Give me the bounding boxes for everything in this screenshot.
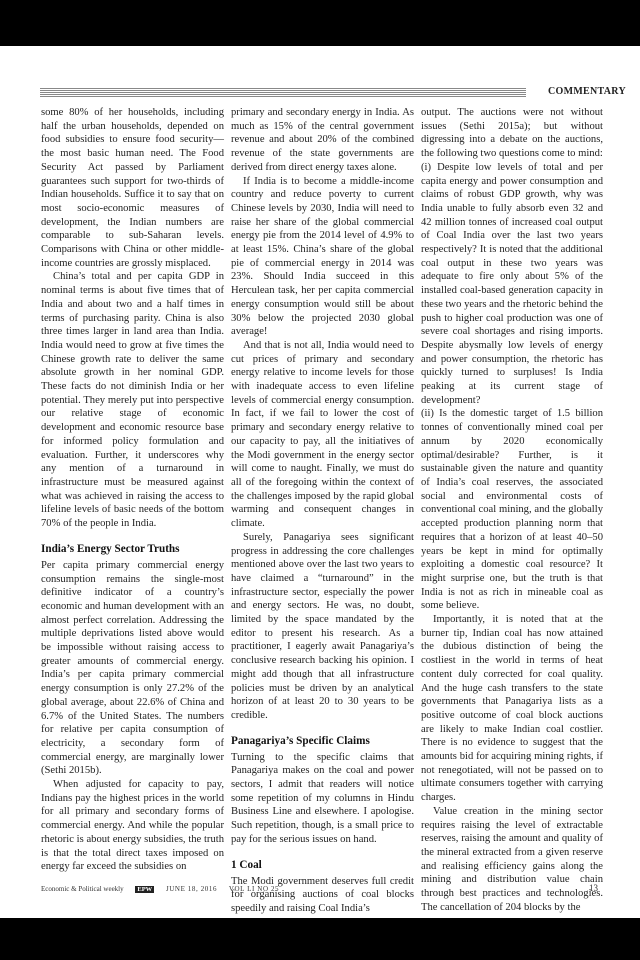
issue-volume: VOL LI NO 25 (229, 885, 279, 893)
page-header: COMMENTARY (40, 87, 626, 99)
paragraph: If India is to become a middle-income co… (231, 175, 414, 339)
journal-name: Economic & Political weekly (41, 885, 124, 893)
header-rule-lines (40, 88, 526, 97)
issue-date: JUNE 18, 2016 (166, 885, 217, 893)
paragraph: primary and secondary energy in India. A… (231, 106, 414, 175)
text-column-3: output. The auctions were not without is… (421, 106, 603, 914)
epw-logo: EPW (135, 886, 154, 893)
paragraph: (i) Despite low levels of total and per … (421, 161, 603, 408)
paragraph: Importantly, it is noted that at the bur… (421, 613, 603, 805)
section-heading: Panagariya’s Specific Claims (231, 734, 414, 748)
paragraph: Turning to the specific claims that Pana… (231, 751, 414, 847)
paragraph: When adjusted for capacity to pay, India… (41, 778, 224, 874)
paragraph: The Modi government deserves full credit… (231, 875, 414, 916)
section-heading: India’s Energy Sector Truths (41, 542, 224, 556)
text-column-1: some 80% of her households, including ha… (41, 106, 224, 874)
paragraph: Surely, Panagariya sees significant prog… (231, 531, 414, 723)
paragraph: some 80% of her households, including ha… (41, 106, 224, 270)
text-column-2: primary and secondary energy in India. A… (231, 106, 414, 916)
paragraph: (ii) Is the domestic target of 1.5 billi… (421, 407, 603, 613)
page-number: 13 (589, 883, 598, 893)
page-footer: Economic & Political weekly EPW JUNE 18,… (41, 885, 289, 893)
paragraph: China’s total and per capita GDP in nomi… (41, 270, 224, 530)
paragraph: Per capita primary commercial energy con… (41, 559, 224, 778)
paragraph: And that is not all, India would need to… (231, 339, 414, 531)
document-page: COMMENTARY some 80% of her households, i… (0, 46, 640, 918)
section-heading: 1 Coal (231, 858, 414, 872)
paragraph: Value creation in the mining sector requ… (421, 805, 603, 915)
paragraph: output. The auctions were not without is… (421, 106, 603, 161)
section-label: COMMENTARY (548, 86, 626, 97)
